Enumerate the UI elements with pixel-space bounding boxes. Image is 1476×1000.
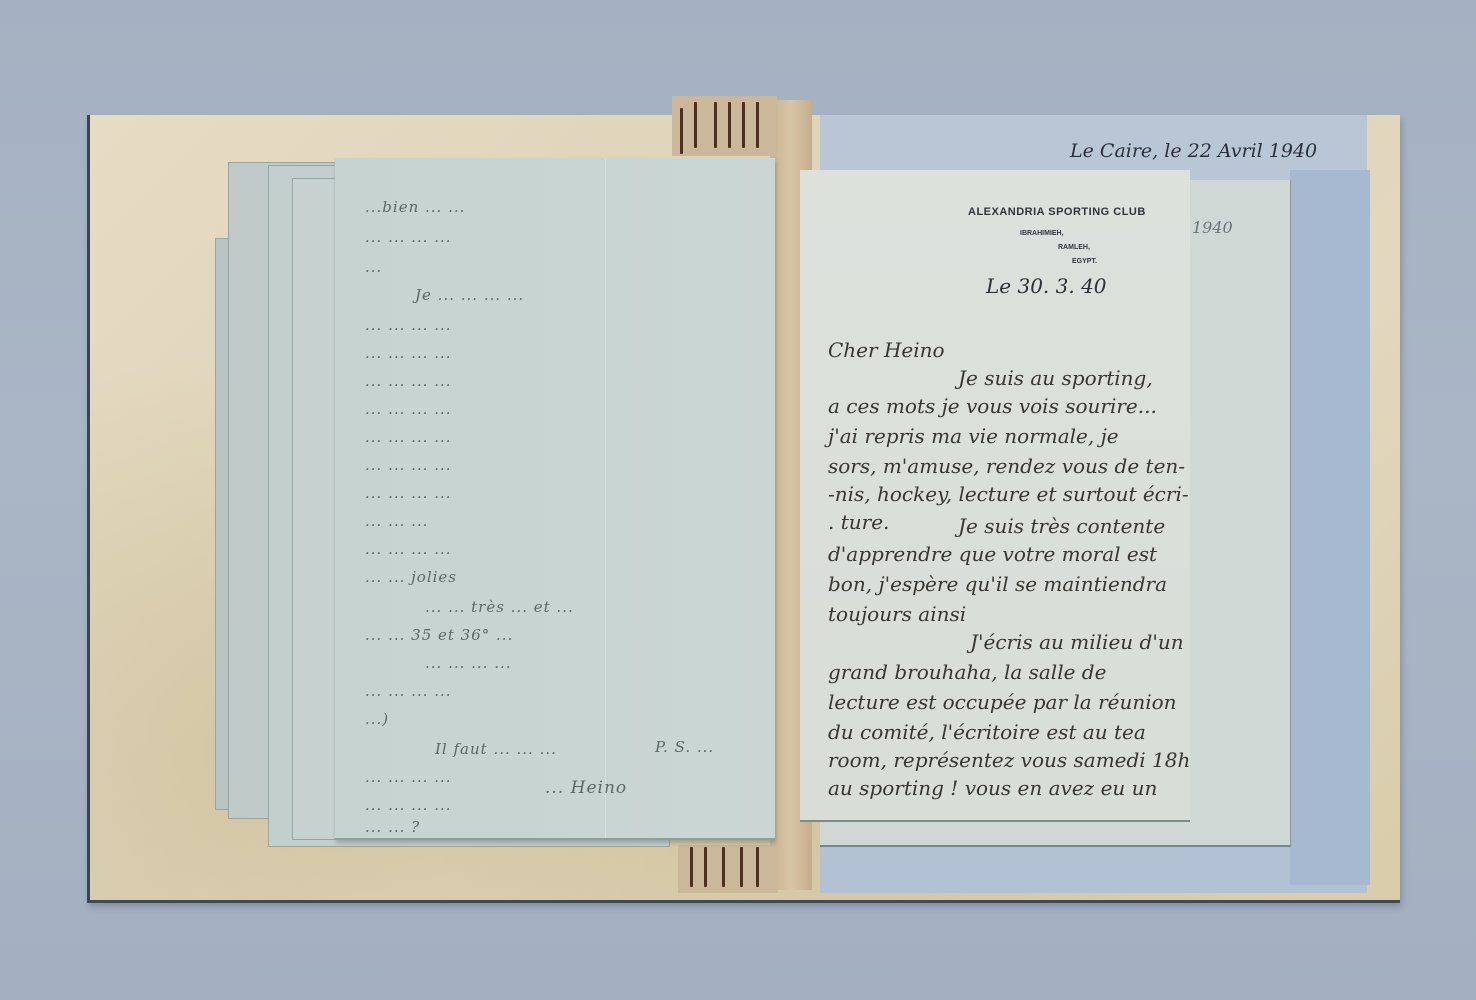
letter-line: toujours ainsi <box>828 602 966 626</box>
letter-line: du comité, l'écritoire est au tea <box>828 720 1146 744</box>
back-letter-year: 1940 <box>1192 218 1233 237</box>
right-letter-page: ALEXANDRIA SPORTING CLUB IBRAHIMIEH, RAM… <box>800 170 1190 822</box>
letterhead-line: IBRAHIMIEH, <box>1020 230 1064 237</box>
letter-date: Le 30. 3. 40 <box>986 274 1107 298</box>
letterhead-title: ALEXANDRIA SPORTING CLUB <box>968 206 1146 218</box>
letter-line: sors, m'amuse, rendez vous de ten- <box>828 454 1185 478</box>
left-letter-line: ... ... ... ... <box>365 540 452 558</box>
letter-line: lecture est occupée par la réunion <box>828 690 1177 714</box>
letterhead-line: EGYPT. <box>1072 258 1097 265</box>
left-letter-line: ... ... 35 et 36° ... <box>365 626 513 644</box>
left-letter-line: ... ... ... <box>365 512 428 530</box>
left-letter-line: ...) <box>365 710 389 728</box>
left-letter-line: ... ... ... ... <box>365 484 452 502</box>
left-letter-signature: ... Heino <box>545 778 627 798</box>
left-letter-postscript: P. S. ... <box>655 738 714 756</box>
letter-line: j'ai repris ma vie normale, je <box>828 424 1119 448</box>
left-letter-line: ... ... ... ... <box>365 316 452 334</box>
left-letter-line: Je ... ... ... ... <box>415 286 524 304</box>
left-letter-line: ... ... ... ... <box>365 456 452 474</box>
letter-line: d'apprendre que votre moral est <box>828 542 1157 566</box>
left-letter-line: ... ... ... ... <box>365 682 452 700</box>
left-letter-line: ... ... ... ... <box>365 228 452 246</box>
back-letter-heading: Le Caire, le 22 Avril 1940 <box>1070 140 1317 162</box>
left-letter-line: ... ... ... ... <box>365 344 452 362</box>
binding-folds-top <box>672 96 777 156</box>
left-letter-line: ... ... ... ... <box>365 428 452 446</box>
letter-line: a ces mots je vous vois sourire... <box>828 394 1157 418</box>
left-letter-line: ... ... ... ... <box>365 796 452 814</box>
left-letter-line: ... ... ... ... <box>365 768 452 786</box>
letter-line: room, représentez vous samedi 18h <box>828 748 1190 772</box>
letter-line: grand brouhaha, la salle de <box>828 660 1106 684</box>
letter-line: -nis, hockey, lecture et surtout écri- <box>828 482 1189 506</box>
left-letter-line: ... ... ... ... <box>425 654 512 672</box>
left-letter-line: ... ... jolies <box>365 568 457 586</box>
letter-line: Je suis au sporting, <box>958 366 1153 390</box>
binding-folds-bottom <box>678 845 778 893</box>
letter-line: J'écris au milieu d'un <box>970 630 1184 654</box>
left-letter-line: ... ... ? <box>365 818 420 836</box>
blue-sheet-edge <box>1290 170 1370 885</box>
letter-line: Je suis très contente <box>958 514 1165 538</box>
left-letter-line: ... ... ... ... <box>365 372 452 390</box>
left-letter-line: ...bien ... ... <box>365 198 465 216</box>
left-letter-line: ... ... très ... et ... <box>425 598 574 616</box>
letterhead-line: RAMLEH, <box>1058 244 1090 251</box>
salutation: Cher Heino <box>828 338 945 362</box>
left-letter-page: ...bien ... ... ... ... ... ... ... Je .… <box>335 158 775 840</box>
left-letter-line: Il faut ... ... ... <box>435 740 557 758</box>
letter-line: au sporting ! vous en avez eu un <box>828 776 1157 800</box>
letter-line: bon, j'espère qu'il se maintiendra <box>828 572 1167 596</box>
left-letter-line: ... <box>365 258 382 276</box>
left-letter-line: ... ... ... ... <box>365 400 452 418</box>
letter-line: . ture. <box>828 510 889 534</box>
